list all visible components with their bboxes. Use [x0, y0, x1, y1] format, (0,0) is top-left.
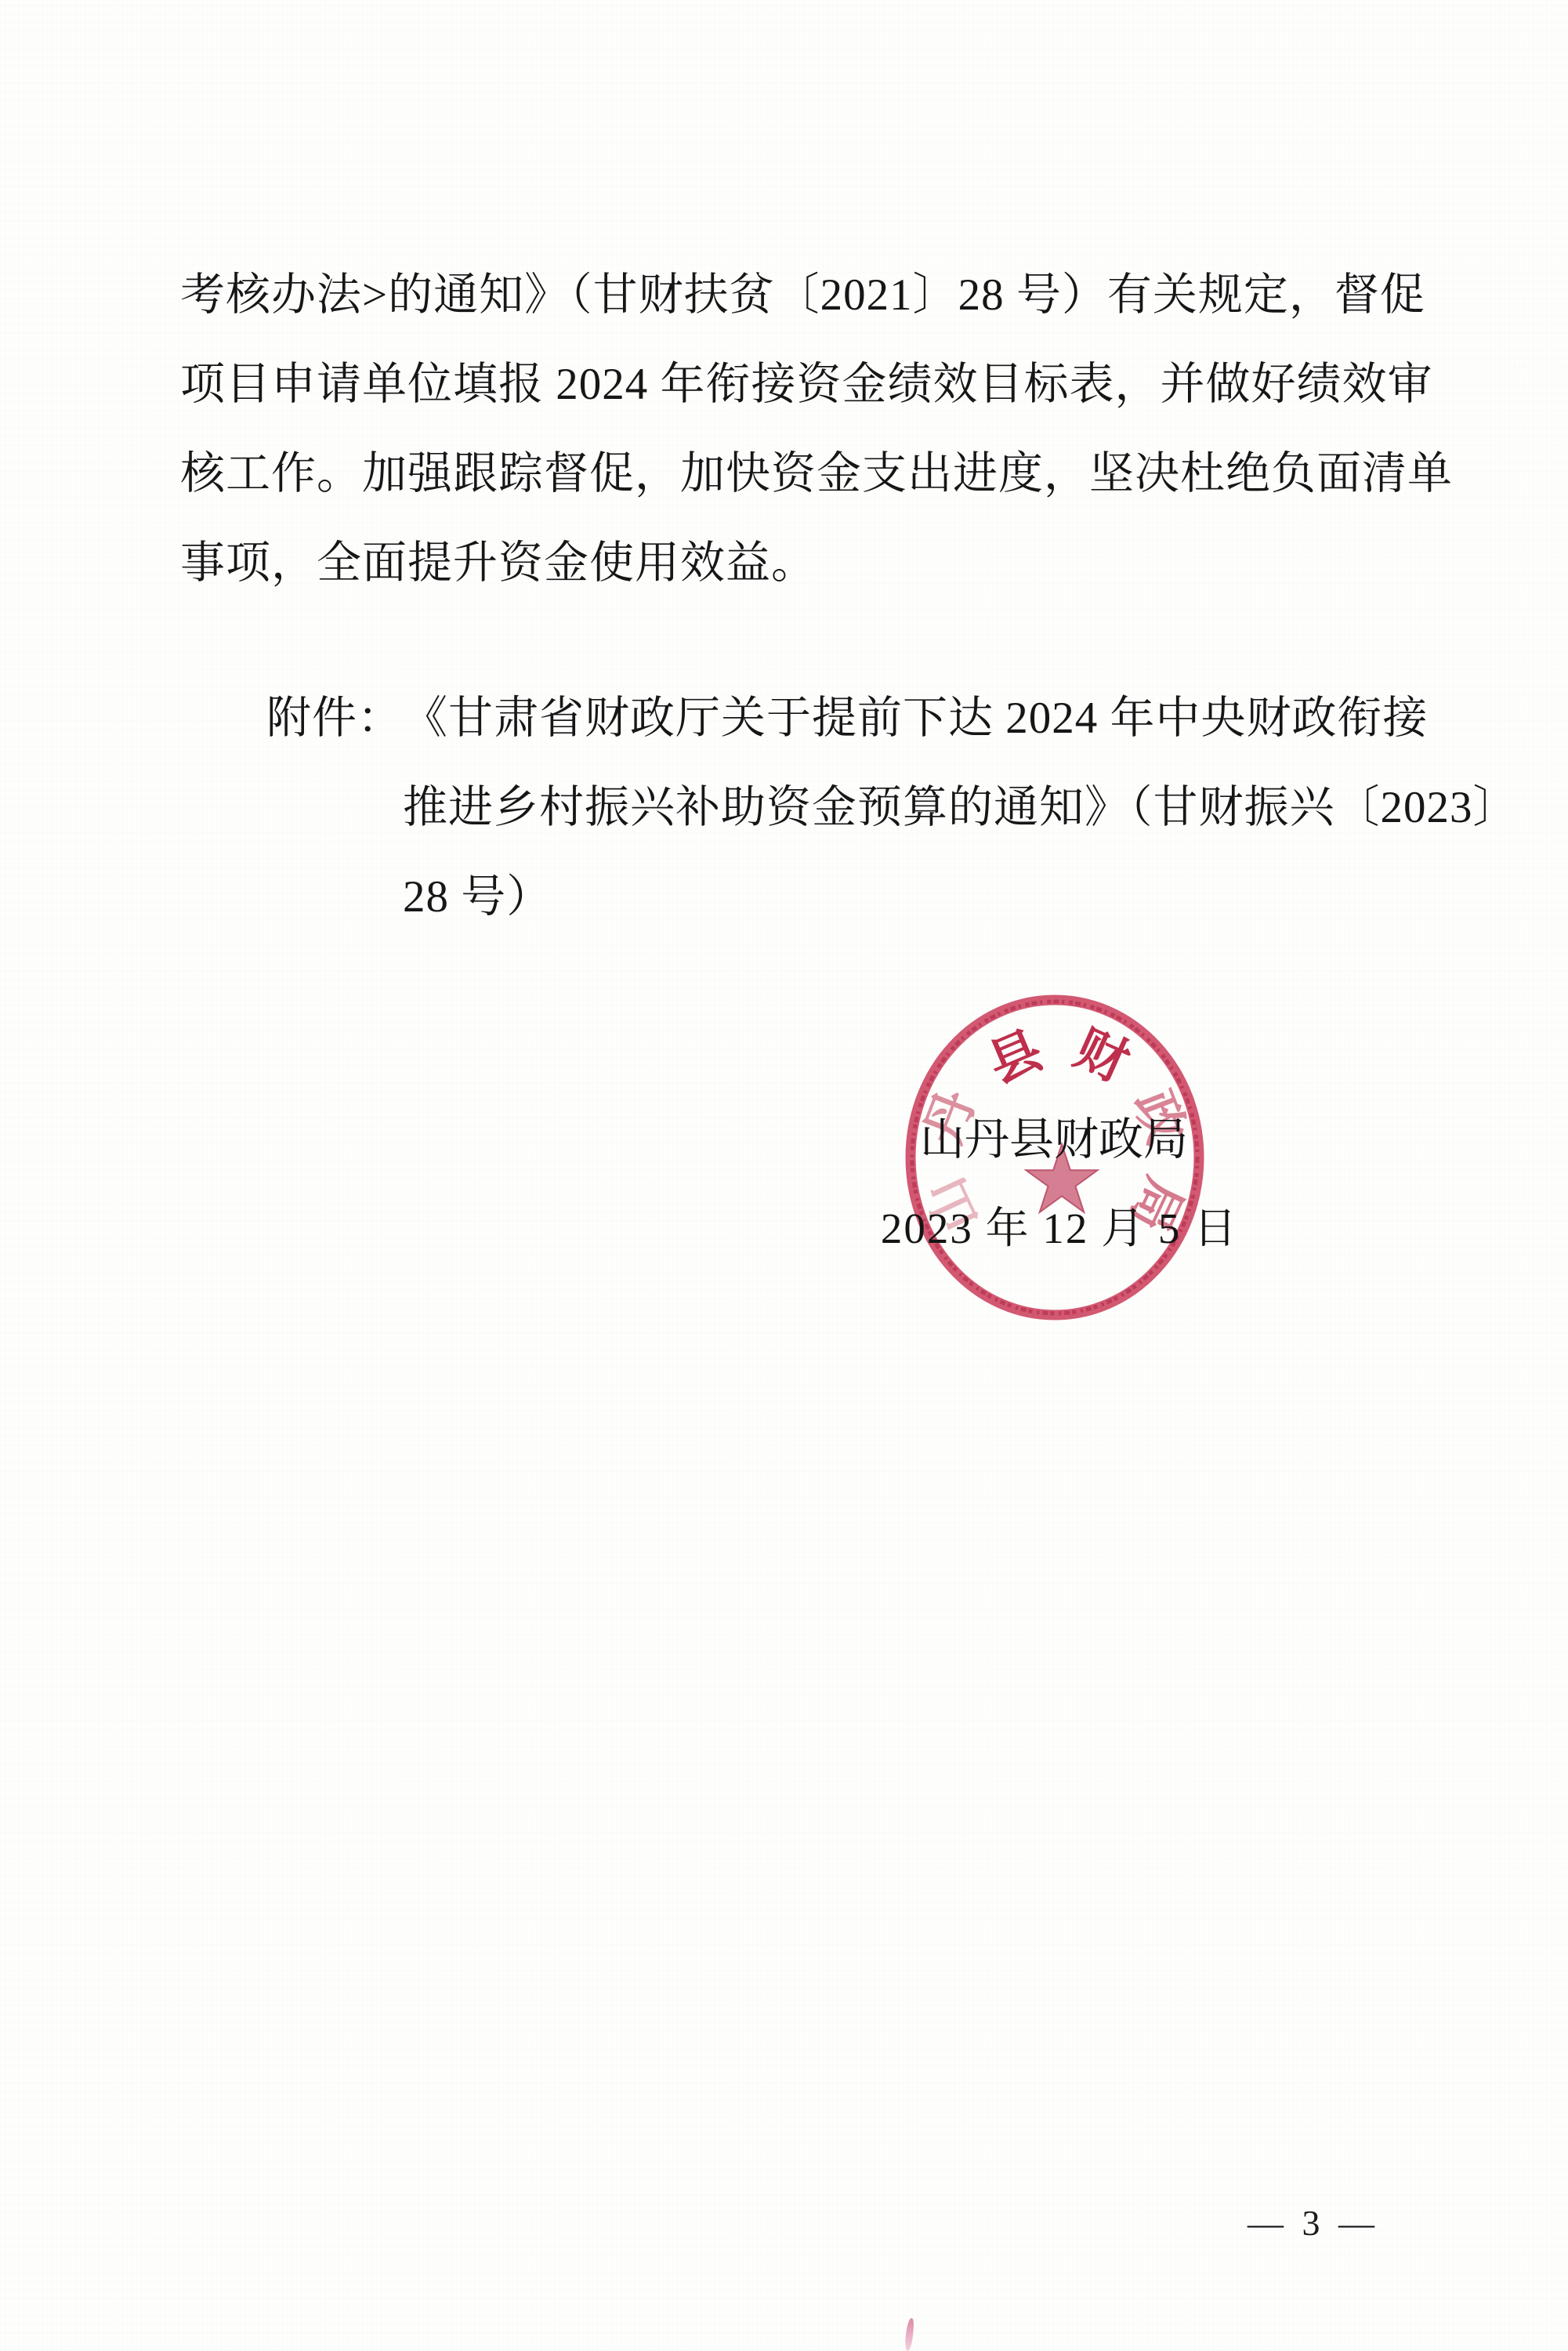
body-line: 事项，全面提升资金使用效益。 [180, 519, 1442, 608]
attachment-label: 附件： [266, 674, 403, 763]
attachment-line: 《甘肃省财政厅关于提前下达 2024 年中央财政衔接 [403, 674, 1519, 763]
body-line: 核工作。加强跟踪督促，加快资金支出进度，坚决杜绝负面清单 [180, 429, 1442, 519]
seal-arc-char: 财 [1066, 1020, 1137, 1093]
body-paragraph: 考核办法>的通知》（甘财扶贫〔2021〕28 号）有关规定，督促 项目申请单位填… [180, 251, 1442, 608]
attachment-lines: 《甘肃省财政厅关于提前下达 2024 年中央财政衔接 推进乡村振兴补助资金预算的… [403, 674, 1519, 942]
ink-smudge [904, 2318, 914, 2351]
page-number: — 3 — [1248, 2204, 1379, 2243]
body-line: 考核办法>的通知》（甘财扶贫〔2021〕28 号）有关规定，督促 [180, 251, 1442, 340]
attachment-line: 推进乡村振兴补助资金预算的通知》（甘财振兴〔2023〕 [403, 763, 1519, 853]
attachment-block: 附件： 《甘肃省财政厅关于提前下达 2024 年中央财政衔接 推进乡村振兴补助资… [266, 674, 1519, 942]
body-line: 项目申请单位填报 2024 年衔接资金绩效目标表，并做好绩效审 [180, 340, 1442, 429]
signature-date: 2023 年 12 月 5 日 [881, 1205, 1238, 1252]
attachment-line: 28 号） [403, 853, 1519, 942]
seal-arc-char: 县 [980, 1022, 1050, 1095]
signature-agency: 山丹县财政局 [920, 1116, 1188, 1165]
document-page: 考核办法>的通知》（甘财扶贫〔2021〕28 号）有关规定，督促 项目申请单位填… [0, 0, 1568, 2351]
